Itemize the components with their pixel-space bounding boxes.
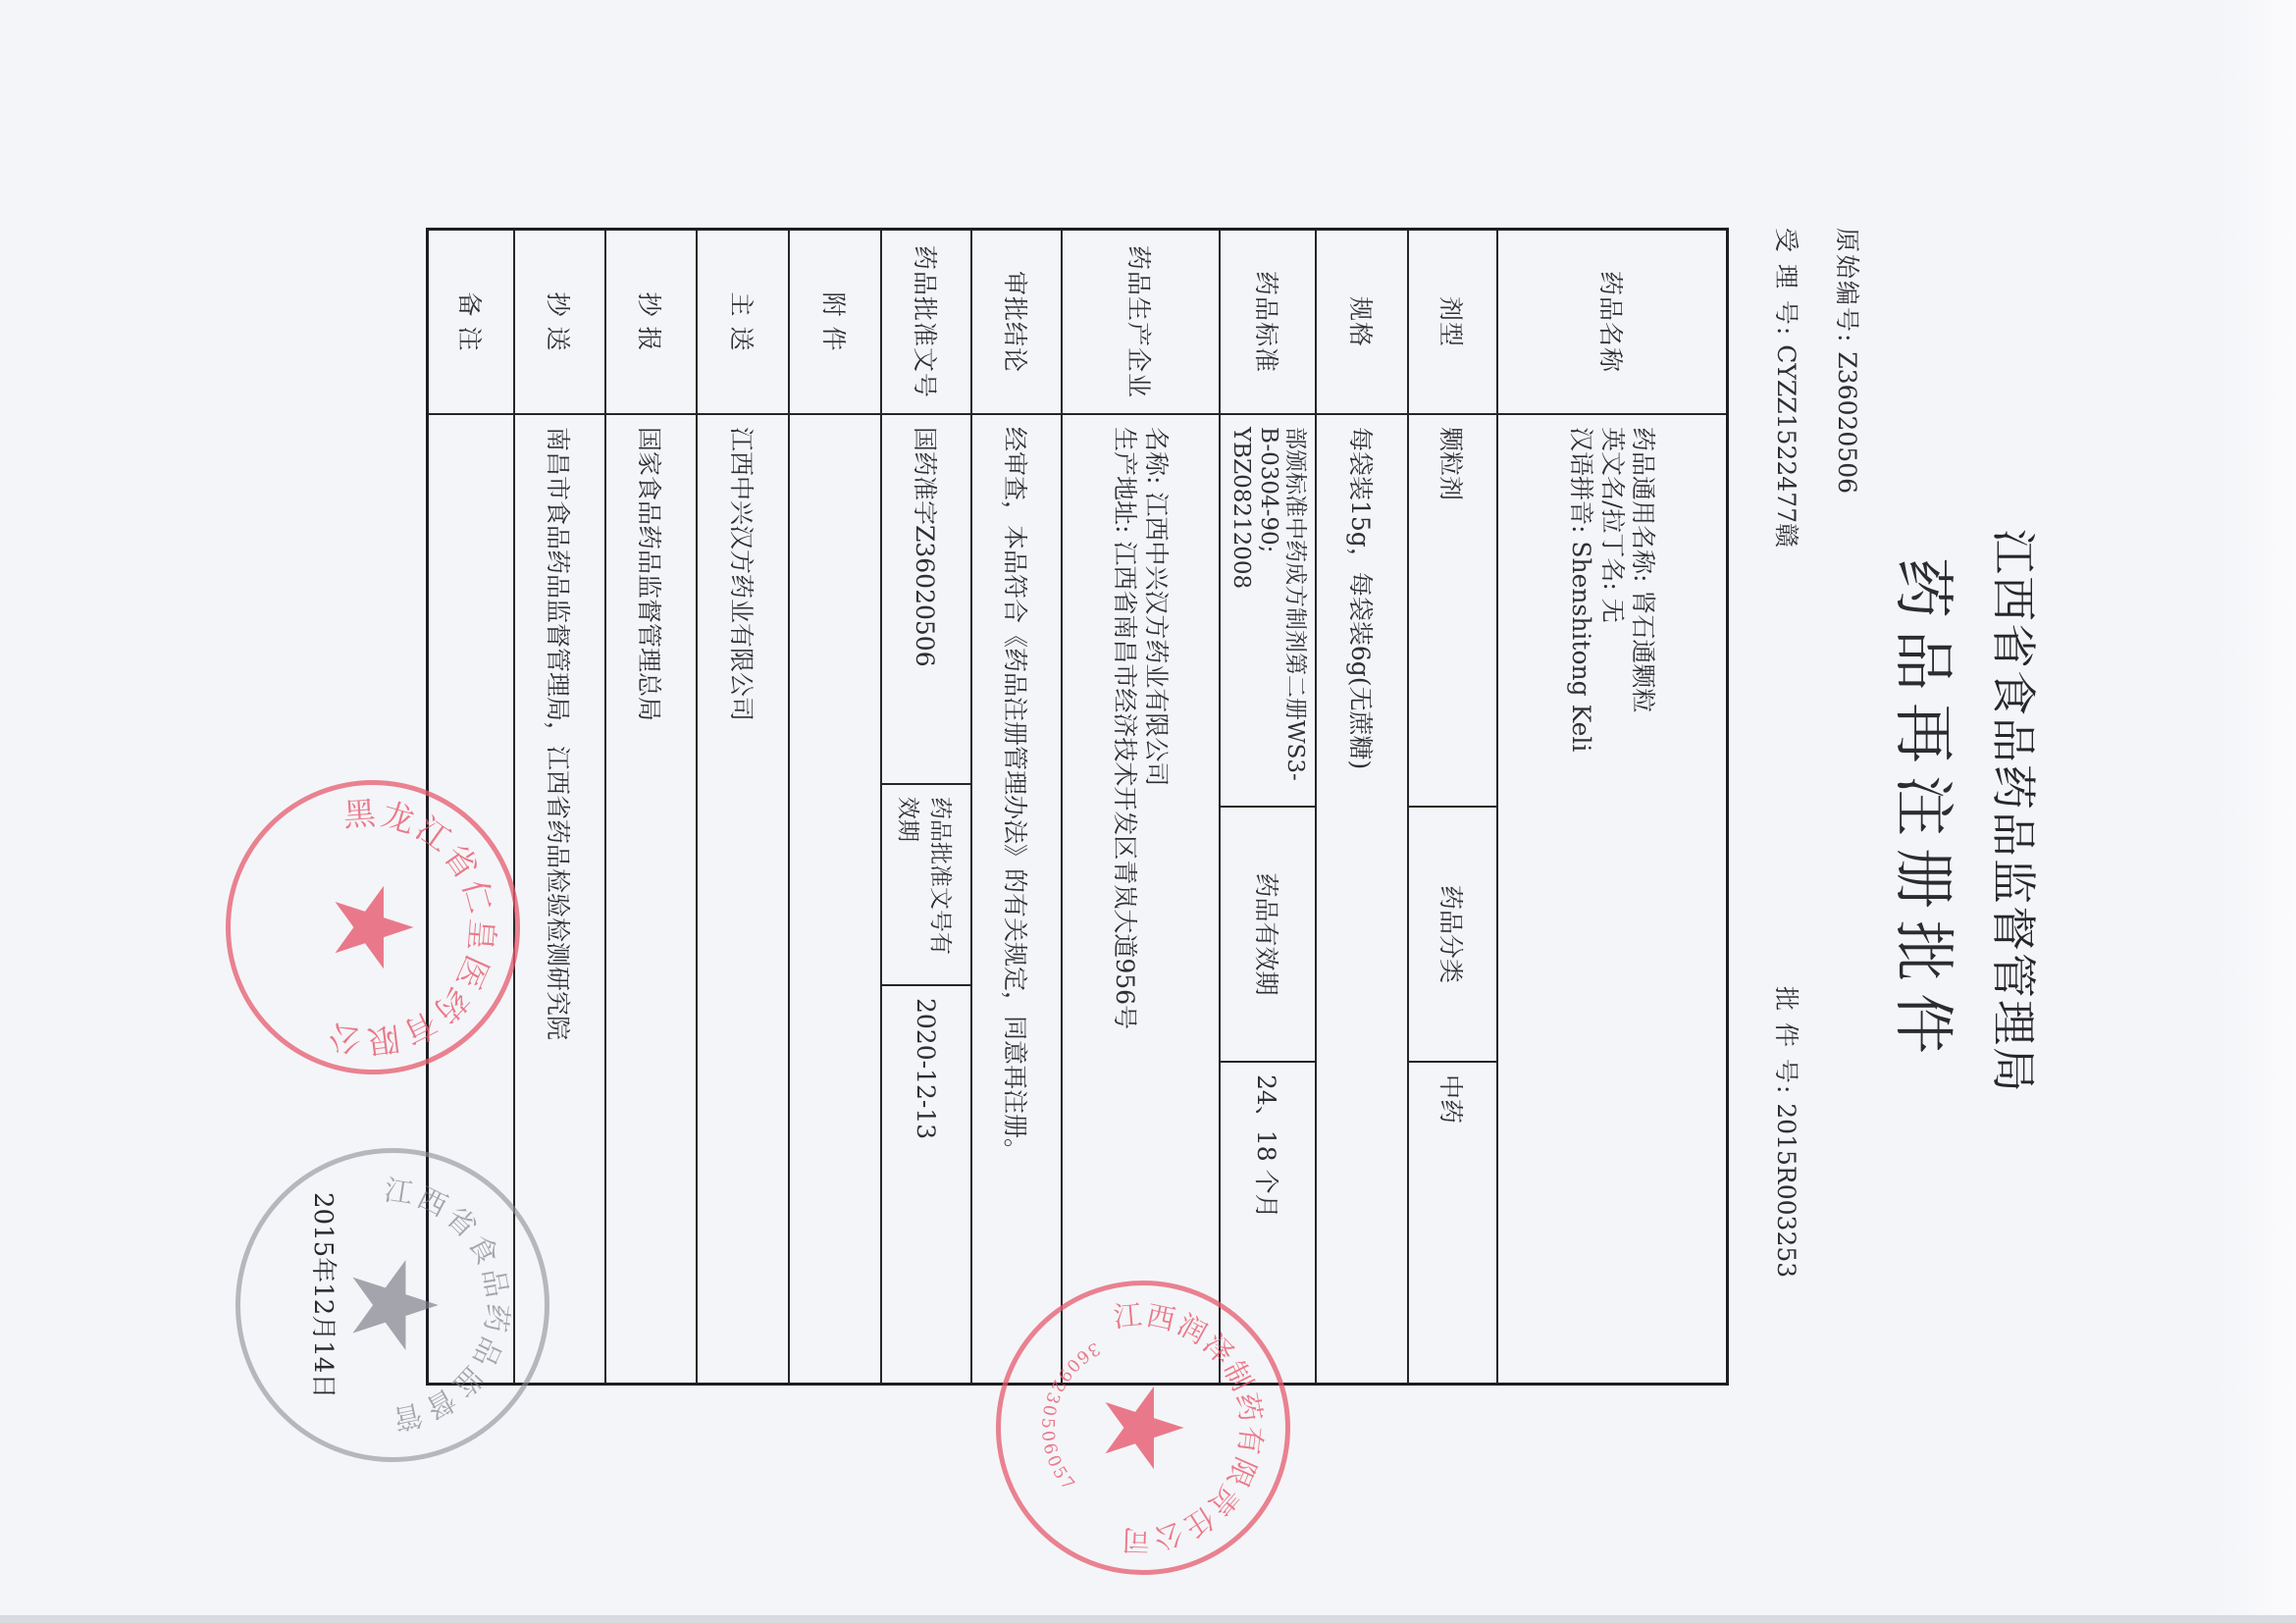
- original-number-label: 原始编号:: [1833, 228, 1861, 343]
- original-number: 原始编号: Z36020506: [1831, 228, 1866, 494]
- table-row-specification: 规格 每袋装15g，每袋装6g(无蔗糖): [1317, 231, 1409, 1383]
- generic-name-line: 药品通用名称: 肾石通颗粒: [1628, 427, 1658, 712]
- document-title: 药品再注册批件: [1885, 0, 1972, 1623]
- attachment-label: 附 件: [790, 231, 880, 415]
- approval-document-page: 江西省食品药品监督管理局 药品再注册批件 原始编号: Z36020506 受 理…: [0, 0, 2296, 1623]
- approval-doc-validity-label: 药品批准文号有效期: [882, 783, 970, 984]
- manufacturer-address-line: 生产地址: 江西省南昌市经济技术开发区青岚大道956号: [1110, 427, 1140, 1029]
- table-row-drug-standard: 药品标准 部颁标准中药成方制剂第二册WS3-B-0304-90; YBZ0821…: [1221, 231, 1317, 1383]
- drug-standard-line-1: 部颁标准中药成方制剂第二册WS3-B-0304-90;: [1254, 427, 1308, 794]
- approval-doc-label: 药品批准文号: [882, 231, 970, 415]
- table-row-main-recipient: 主 送 江西中兴汉方药业有限公司: [698, 231, 790, 1383]
- specification-value: 每袋装15g，每袋装6g(无蔗糖): [1317, 415, 1407, 1383]
- remarks-label: 备 注: [429, 231, 513, 415]
- drug-standard-value: 部颁标准中药成方制剂第二册WS3-B-0304-90; YBZ08212008: [1221, 415, 1315, 806]
- drug-category-value: 中药: [1409, 1061, 1496, 1383]
- acceptance-number-label: 受 理 号:: [1772, 228, 1800, 337]
- approval-doc-value: 国药准字Z36020506: [882, 415, 970, 783]
- company-seal-1: 黑龙江省仁皇医药有限公司 ★: [226, 780, 520, 1074]
- drug-category-label: 药品分类: [1409, 806, 1496, 1061]
- table-row-drug-name: 药品名称 药品通用名称: 肾石通颗粒 英文名/拉丁名: 无 汉语拼音: Shen…: [1498, 231, 1726, 1383]
- dosage-form-label: 剂型: [1409, 231, 1496, 415]
- approval-doc-validity-value: 2020-12-13: [882, 984, 970, 1383]
- star-icon: ★: [334, 1252, 451, 1358]
- drug-name-value: 药品通用名称: 肾石通颗粒 英文名/拉丁名: 无 汉语拼音: Shenshito…: [1498, 415, 1726, 1383]
- report-to-value: 国家食品药品监督管理总局: [606, 415, 696, 1383]
- approval-number-value: 2015R003253: [1772, 1103, 1800, 1278]
- table-row-conclusion: 审批结论 经审查，本品符合《药品注册管理办法》的有关规定，同意再注册。: [972, 231, 1063, 1383]
- original-number-value: Z36020506: [1833, 351, 1861, 494]
- attachment-value: [790, 415, 880, 1383]
- dosage-form-value: 颗粒剂: [1409, 415, 1496, 806]
- table-row-dosage-form: 剂型 颗粒剂 药品分类 中药: [1409, 231, 1498, 1383]
- drug-standard-line-2: YBZ08212008: [1227, 427, 1255, 589]
- manufacturer-value: 名称: 江西中兴汉方药业有限公司 生产地址: 江西省南昌市经济技术开发区青岚大道…: [1063, 415, 1219, 1383]
- drug-name-label: 药品名称: [1498, 231, 1726, 415]
- manufacturer-name-line: 名称: 江西中兴汉方药业有限公司: [1141, 427, 1172, 786]
- table-row-report-to: 抄 报 国家食品药品监督管理总局: [606, 231, 698, 1383]
- copy-to-label: 抄 送: [515, 231, 604, 415]
- table-row-approval-doc: 药品批准文号 国药准字Z36020506 药品批准文号有效期 2020-12-1…: [882, 231, 972, 1383]
- report-to-label: 抄 报: [606, 231, 696, 415]
- official-seal: 江西省食品药品监督管理局 ★: [235, 1148, 549, 1462]
- approval-number-label: 批 件 号:: [1772, 986, 1800, 1095]
- specification-label: 规格: [1317, 231, 1407, 415]
- acceptance-number-value: CYZZ1522477赣: [1772, 344, 1800, 548]
- registration-table: 药品名称 药品通用名称: 肾石通颗粒 英文名/拉丁名: 无 汉语拼音: Shen…: [426, 228, 1729, 1386]
- approval-number: 批 件 号: 2015R003253: [1770, 986, 1805, 1278]
- pinyin-line: 汉语拼音: Shenshitong Keli: [1566, 427, 1596, 752]
- table-row-attachment: 附 件: [790, 231, 882, 1383]
- main-recipient-label: 主 送: [698, 231, 788, 415]
- main-recipient-value: 江西中兴汉方药业有限公司: [698, 415, 788, 1383]
- conclusion-label: 审批结论: [972, 231, 1061, 415]
- company-seal-2: 江西润泽制药有限责任公司 3609230506057 ★: [996, 1281, 1290, 1575]
- table-row-manufacturer: 药品生产企业 名称: 江西中兴汉方药业有限公司 生产地址: 江西省南昌市经济技术…: [1063, 231, 1221, 1383]
- latin-name-line: 英文名/拉丁名: 无: [1596, 427, 1627, 623]
- star-icon: ★: [319, 879, 427, 976]
- issuer-heading: 江西省食品药品监督管理局: [1984, 0, 2049, 1623]
- drug-standard-label: 药品标准: [1221, 231, 1315, 415]
- validity-label: 药品有效期: [1221, 806, 1315, 1061]
- star-icon: ★: [1089, 1380, 1197, 1477]
- conclusion-value: 经审查，本品符合《药品注册管理办法》的有关规定，同意再注册。: [972, 415, 1061, 1383]
- acceptance-number: 受 理 号: CYZZ1522477赣: [1770, 228, 1805, 548]
- manufacturer-label: 药品生产企业: [1063, 231, 1219, 415]
- issue-date: 2015年12月14日: [307, 1192, 343, 1398]
